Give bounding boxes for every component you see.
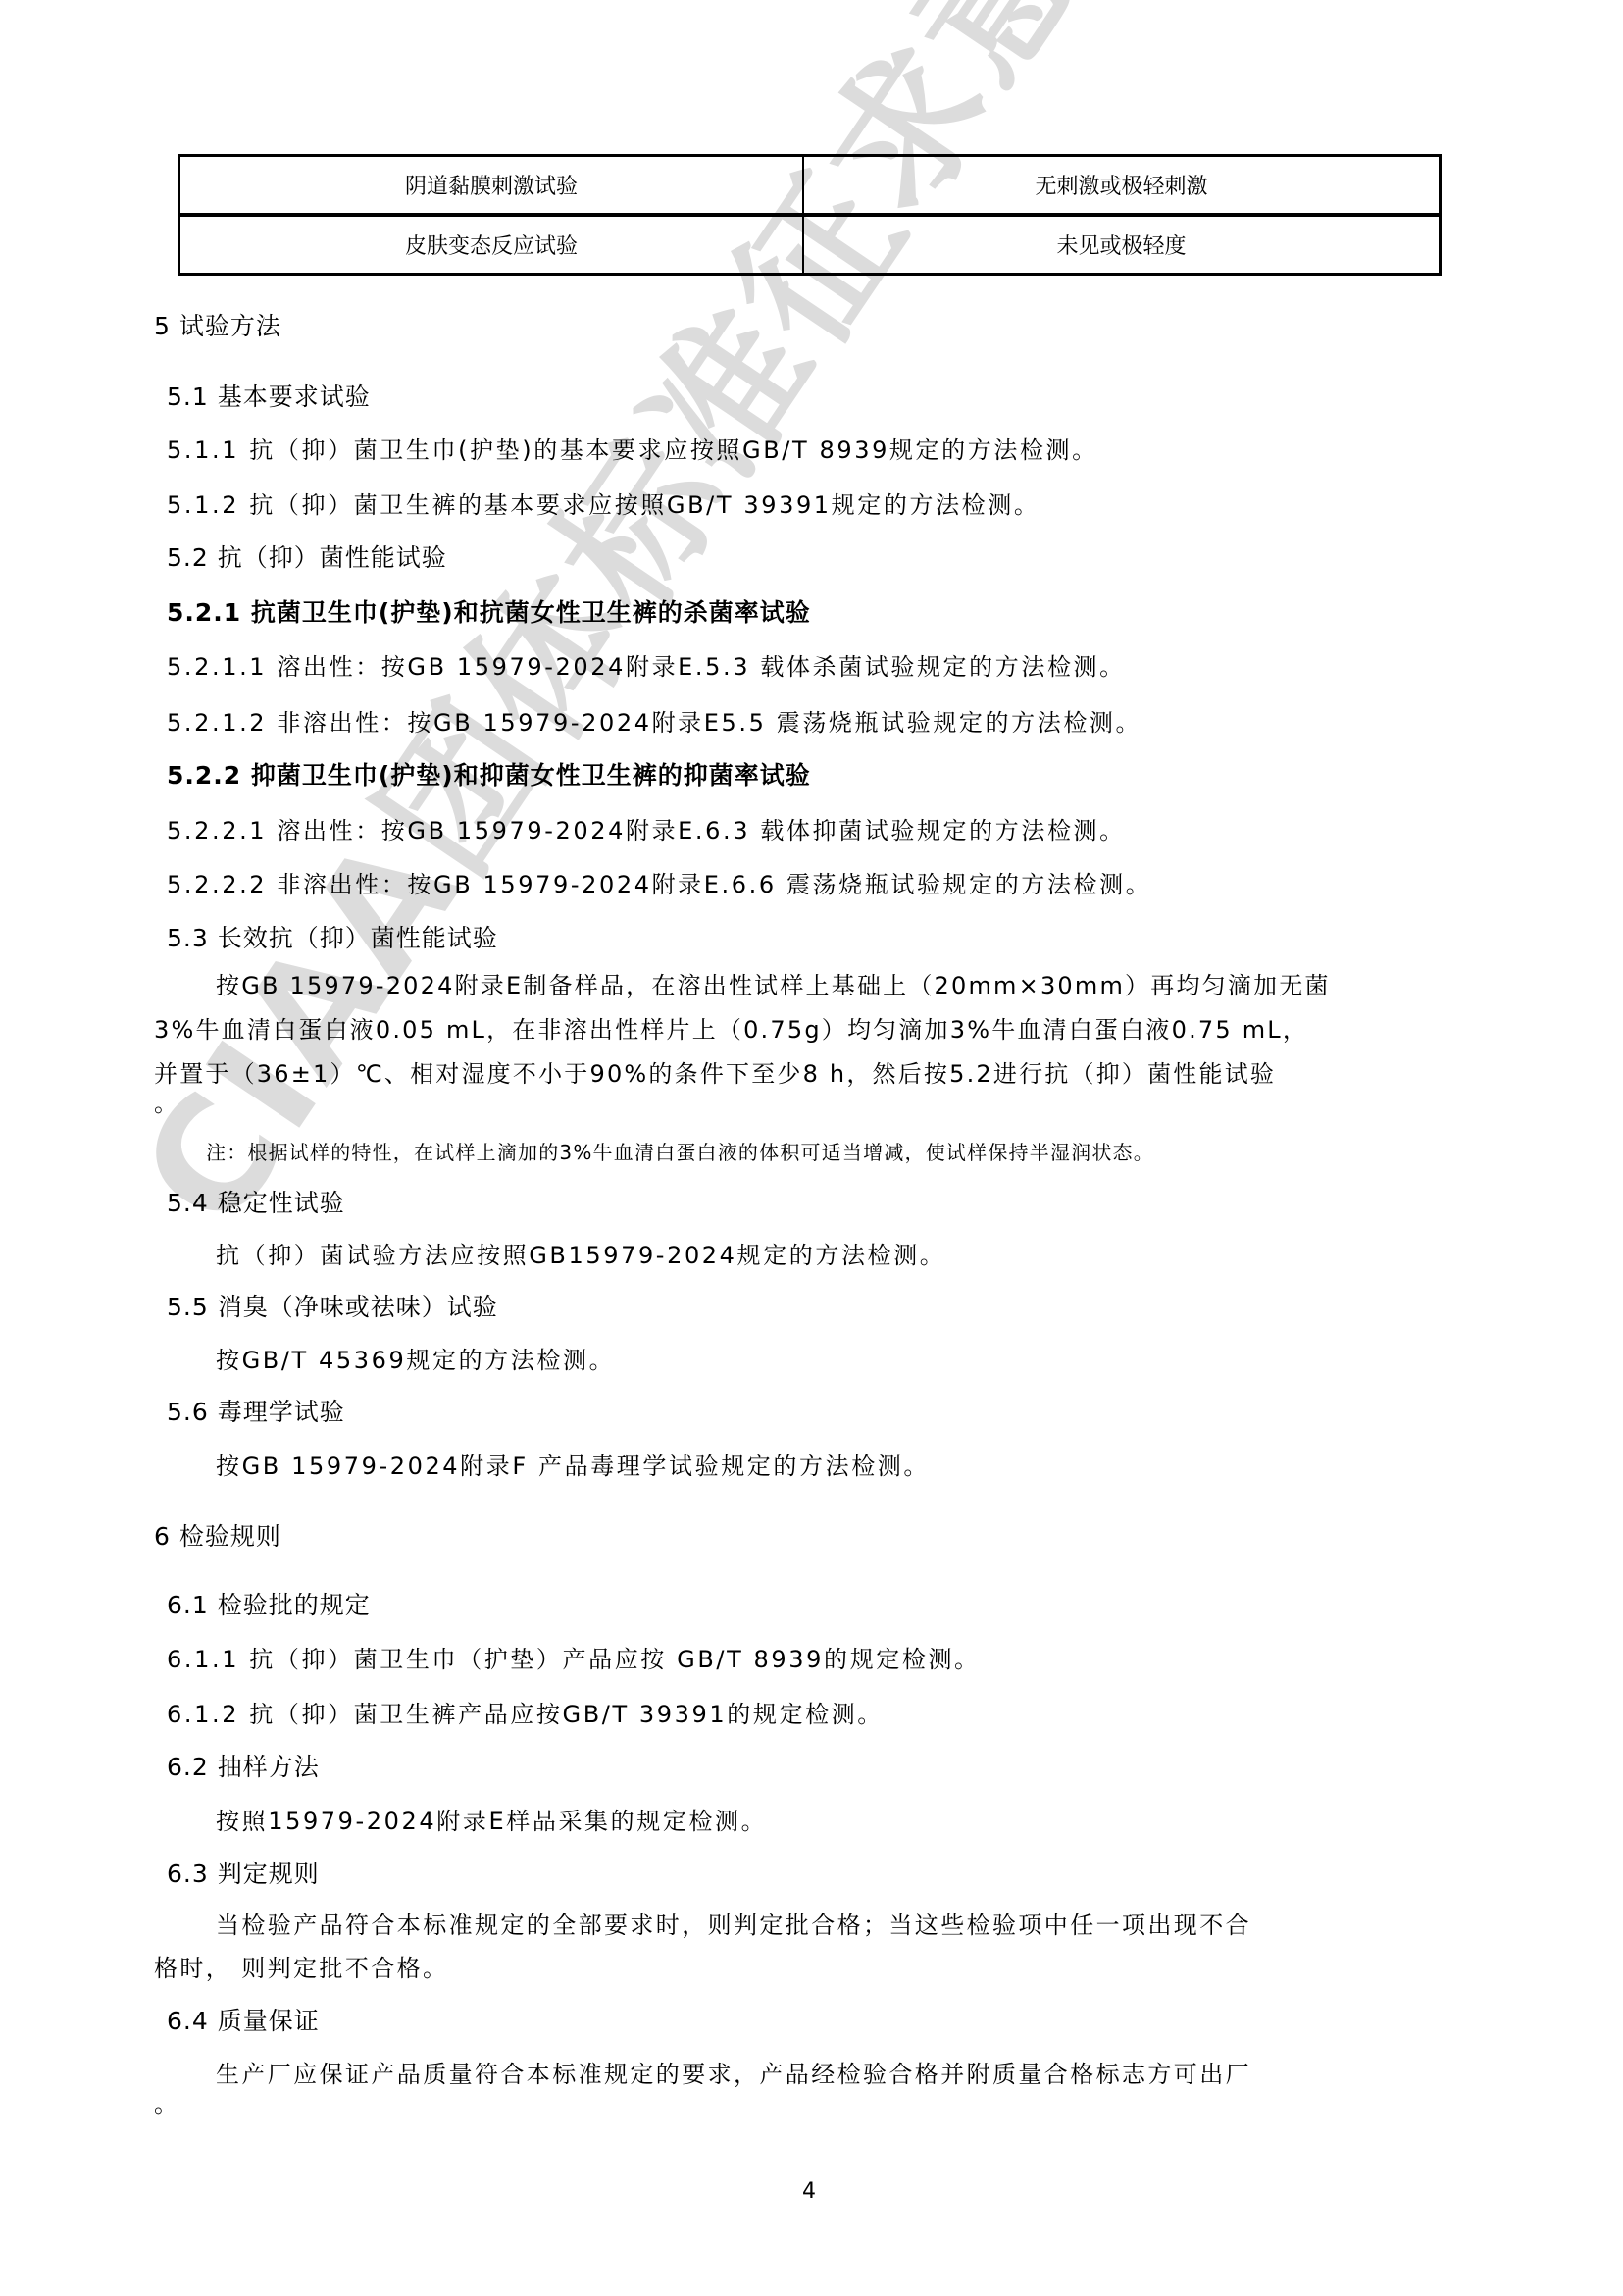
paragraph-6-3-line-2: 格时， 则判定批不合格。: [154, 1954, 448, 1983]
paragraph-5-3-line-2: 3%牛血清白蛋白液0.05 mL，在非溶出性样片上（0.75g）均匀滴加3%牛血…: [154, 1015, 1308, 1045]
table-cell-requirement: 无刺激或极轻刺激: [803, 156, 1441, 216]
section-heading-5-2: 5.2 抗（抑）菌性能试验: [167, 543, 447, 573]
paragraph-6-2: 按照15979-2024附录E样品采集的规定检测。: [216, 1807, 767, 1836]
section-heading-6-1: 6.1 检验批的规定: [167, 1591, 371, 1620]
section-heading-5-6: 5.6 毒理学试验: [167, 1398, 345, 1427]
table-cell-item: 皮肤变态反应试验: [179, 215, 804, 275]
paragraph-5-3-line-3: 并置于（36±1）℃、相对湿度不小于90%的条件下至少8 h，然后按5.2进行抗…: [154, 1059, 1276, 1089]
table-cell-requirement: 未见或极轻度: [803, 215, 1441, 275]
section-heading-5-5: 5.5 消臭（净味或祛味）试验: [167, 1293, 498, 1322]
note-5-3: 注：根据试样的特性，在试样上滴加的3%牛血清白蛋白液的体积可适当增减，使试样保持…: [206, 1138, 1154, 1167]
section-heading-6: 6 检验规则: [154, 1522, 281, 1552]
paragraph-5-6: 按GB 15979-2024附录F 产品毒理学试验规定的方法检测。: [216, 1452, 930, 1481]
section-heading-6-3: 6.3 判定规则: [167, 1860, 320, 1889]
section-heading-6-2: 6.2 抽样方法: [167, 1753, 320, 1782]
paragraph-6-4-line-2: 。: [154, 2089, 180, 2118]
paragraph-5-1-1: 5.1.1 抗（抑）菌卫生巾(护垫)的基本要求应按照GB/T 8939规定的方法…: [167, 435, 1098, 465]
paragraph-6-1-1: 6.1.1 抗（抑）菌卫生巾（护垫）产品应按 GB/T 8939的规定检测。: [167, 1645, 981, 1674]
section-heading-5-4: 5.4 稳定性试验: [167, 1189, 345, 1218]
section-heading-5: 5 试验方法: [154, 312, 281, 341]
table-row: 皮肤变态反应试验 未见或极轻度: [179, 215, 1441, 275]
section-heading-5-1: 5.1 基本要求试验: [167, 383, 371, 412]
paragraph-5-4: 抗（抑）菌试验方法应按照GB15979-2024规定的方法检测。: [216, 1241, 945, 1270]
paragraph-5-3-line-4: 。: [154, 1089, 180, 1118]
paragraph-5-3-line-1: 按GB 15979-2024附录E制备样品，在溶出性试样上基础上（20mm×30…: [216, 971, 1331, 1000]
paragraph-6-3-line-1: 当检验产品符合本标准规定的全部要求时，则判定批合格；当这些检验项中任一项出现不合: [216, 1911, 1251, 1940]
table-row: 阴道黏膜刺激试验 无刺激或极轻刺激: [179, 156, 1441, 216]
table-cell-item: 阴道黏膜刺激试验: [179, 156, 804, 216]
paragraph-5-2-1-2: 5.2.1.2 非溶出性：按GB 15979-2024附录E5.5 震荡烧瓶试验…: [167, 708, 1141, 738]
section-heading-6-4: 6.4 质量保证: [167, 2007, 320, 2036]
paragraph-5-2-2-1: 5.2.2.1 溶出性：按GB 15979-2024附录E.6.3 载体抑菌试验…: [167, 816, 1126, 845]
paragraph-6-1-2: 6.1.2 抗（抑）菌卫生裤产品应按GB/T 39391的规定检测。: [167, 1700, 884, 1729]
section-heading-5-2-1: 5.2.1 抗菌卫生巾(护垫)和抗菌女性卫生裤的杀菌率试验: [167, 598, 811, 628]
page-number: 4: [802, 2179, 816, 2204]
paragraph-6-4-line-1: 生产厂应保证产品质量符合本标准规定的要求，产品经检验合格并附质量合格标志方可出厂: [216, 2060, 1251, 2089]
paragraph-5-2-1-1: 5.2.1.1 溶出性：按GB 15979-2024附录E.5.3 载体杀菌试验…: [167, 652, 1126, 682]
section-heading-5-2-2: 5.2.2 抑菌卫生巾(护垫)和抑菌女性卫生裤的抑菌率试验: [167, 761, 811, 791]
paragraph-5-1-2: 5.1.2 抗（抑）菌卫生裤的基本要求应按照GB/T 39391规定的方法检测。: [167, 490, 1040, 520]
paragraph-5-2-2-2: 5.2.2.2 非溶出性：按GB 15979-2024附录E.6.6 震荡烧瓶试…: [167, 870, 1151, 899]
section-heading-5-3: 5.3 长效抗（抑）菌性能试验: [167, 924, 498, 953]
requirements-table: 阴道黏膜刺激试验 无刺激或极轻刺激 皮肤变态反应试验 未见或极轻度: [178, 154, 1442, 276]
paragraph-5-5: 按GB/T 45369规定的方法检测。: [216, 1346, 615, 1375]
